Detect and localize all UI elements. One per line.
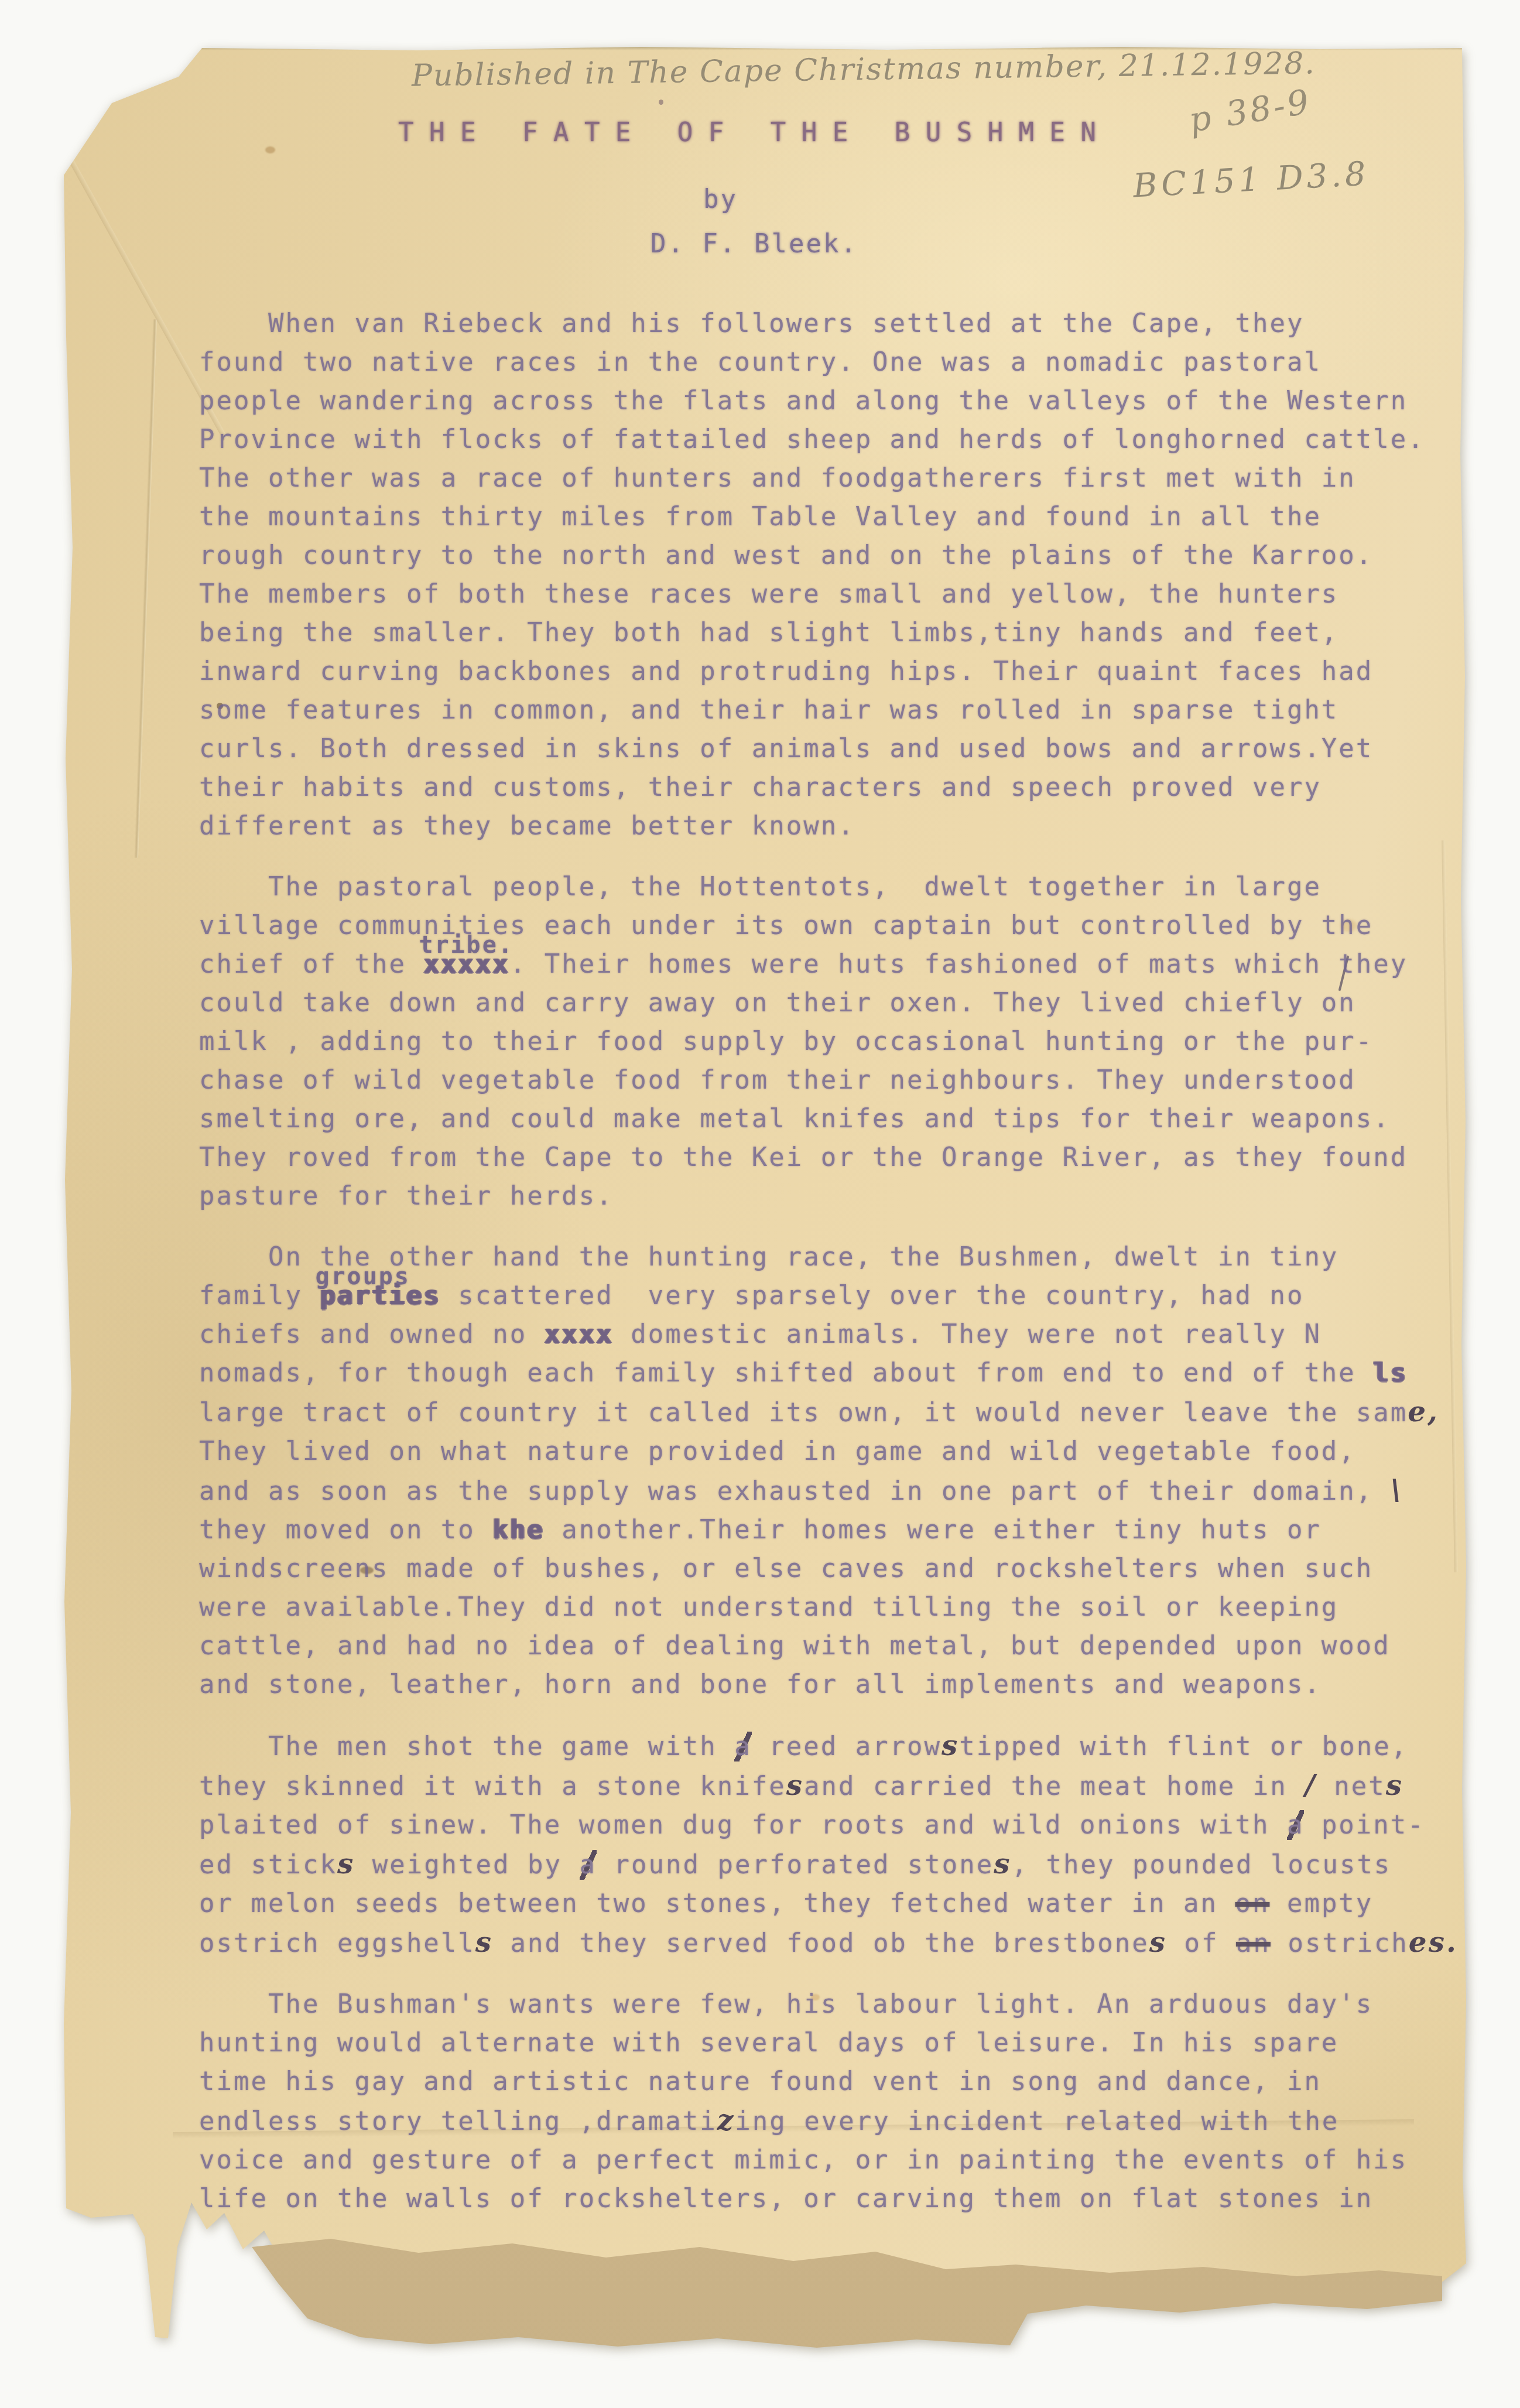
pencil-publication-note: Published in The Cape Christmas number, … (412, 46, 1316, 94)
correction-dense: xxxx (545, 1319, 614, 1349)
typed-text: their habits and customs, their characte… (199, 772, 1322, 802)
typed-text: scattered very sparsely over the country… (441, 1281, 1305, 1311)
paper-stain (265, 146, 275, 153)
typed-text: and stone, leather, horn and bone for al… (199, 1670, 1322, 1699)
typed-text: they moved on to (199, 1515, 492, 1545)
text-line: pasture for their herds. (199, 1177, 1458, 1216)
typed-text: rough country to the north and west and … (199, 541, 1373, 570)
correction-xslash: a (734, 1732, 752, 1761)
correction-xslash: a (1287, 1810, 1305, 1840)
text-line: chief of the xxxxxtribe.. Their homes we… (199, 945, 1458, 984)
text-line: different as they became better known. (199, 807, 1458, 846)
text-line: large tract of country it called its own… (199, 1393, 1458, 1432)
correction-ins: z (717, 2104, 735, 2137)
typed-text: family (199, 1281, 320, 1311)
text-line: They lived on what nature provided in ga… (199, 1432, 1458, 1471)
typed-text: life on the walls of rockshelters, or ca… (199, 2184, 1373, 2214)
typed-text: They lived on what nature provided in ga… (199, 1436, 1356, 1466)
typed-text: people wandering across the flats and al… (199, 386, 1408, 416)
text-line: The pastoral people, the Hottentots, dwe… (199, 868, 1458, 907)
text-line: time his gay and artistic nature found v… (199, 2062, 1458, 2101)
text-line: and stone, leather, horn and bone for al… (199, 1665, 1458, 1704)
typed-text: The other was a race of hunters and food… (199, 463, 1356, 493)
typed-text: were available.They did not understand t… (199, 1592, 1338, 1622)
typed-text: plaited of sinew. The women dug for root… (199, 1810, 1287, 1840)
typed-text: milk , adding to their food supply by oc… (199, 1027, 1373, 1056)
paragraph: On the other hand the hunting race, the … (199, 1238, 1458, 1704)
pencil-call-number: BC151 D3.8 (1132, 155, 1371, 205)
correction-dense: khe (492, 1515, 544, 1545)
document-page: Published in The Cape Christmas number, … (56, 44, 1467, 2383)
typed-text: Province with flocks of fattailed sheep … (199, 425, 1425, 454)
text-line: were available.They did not understand t… (199, 1588, 1458, 1627)
typed-text: some features in common, and their hair … (199, 695, 1338, 725)
correction-ins: / (1305, 1769, 1317, 1802)
typed-text: village communities each under its own c… (199, 911, 1373, 940)
typed-text: and carried the meat home in (804, 1771, 1305, 1801)
typed-text: found two native races in the country. O… (199, 347, 1322, 377)
typed-text: When van Riebeck and his followers settl… (199, 309, 1304, 338)
text-line: people wandering across the flats and al… (199, 382, 1458, 420)
text-line: When van Riebeck and his followers settl… (199, 305, 1458, 343)
text-line: plaited of sinew. The women dug for root… (199, 1806, 1458, 1845)
typed-text: weighted by (355, 1850, 579, 1880)
paragraph: When van Riebeck and his followers settl… (199, 305, 1458, 846)
text-line: village communities each under its own c… (199, 907, 1458, 945)
text-line: The members of both these races were sma… (199, 575, 1458, 614)
typed-text: nomads, for though each family shifted a… (199, 1358, 1373, 1388)
text-line: they moved on to khe another.Their homes… (199, 1511, 1458, 1550)
text-line: endless story telling ,dramatizing every… (199, 2101, 1458, 2141)
typed-text: inward curving backbones and protruding … (199, 656, 1373, 686)
text-line: or melon seeds between two stones, they … (199, 1884, 1458, 1923)
correction-xslash: a (580, 1850, 597, 1880)
text-line: rough country to the north and west and … (199, 536, 1458, 575)
scanned-document: Published in The Cape Christmas number, … (56, 44, 1467, 2383)
text-line: being the smaller. They both had slight … (199, 614, 1458, 652)
text-line: the mountains thirty miles from Table Va… (199, 498, 1458, 536)
typed-text: the mountains thirty miles from Table Va… (199, 502, 1322, 532)
typed-text: voice and gesture of a perfect mimic, or… (199, 2145, 1408, 2175)
correction-xdash: an (1236, 1928, 1271, 1958)
text-line: chiefs and owned no xxxx domestic animal… (199, 1315, 1458, 1354)
text-line: could take down and carry away on their … (199, 984, 1458, 1022)
text-line: inward curving backbones and protruding … (199, 652, 1458, 691)
typed-text: , they pounded locusts (1012, 1850, 1392, 1880)
typed-text: . Their homes were huts fashioned of mat… (510, 949, 1408, 979)
correction-ins: s (475, 1926, 493, 1959)
text-line: family partiesgroups scattered very spar… (199, 1277, 1458, 1315)
typed-text: and as soon as the supply was exhausted … (199, 1476, 1391, 1506)
correction-ins: s (337, 1848, 355, 1880)
text-line: The men shot the game with a reed arrows… (199, 1726, 1458, 1766)
text-line: hunting would alternate with several day… (199, 2024, 1458, 2062)
typed-text: different as they became better known. (199, 811, 855, 841)
typed-text: smelting ore, and could make metal knife… (199, 1104, 1391, 1134)
text-line: They roved from the Cape to the Kei or t… (199, 1138, 1458, 1177)
text-line: milk , adding to their food supply by oc… (199, 1022, 1458, 1061)
typescript-body: When van Riebeck and his followers settl… (199, 305, 1458, 2218)
typed-text: chase of wild vegetable food from their … (199, 1065, 1356, 1095)
correction-ins: es. (1409, 1926, 1458, 1959)
typed-correction-above: tribe. (419, 926, 514, 964)
typed-text: The pastoral people, the Hottentots, dwe… (199, 872, 1322, 902)
text-line: The Bushman's wants were few, his labour… (199, 1985, 1458, 2024)
typed-correction-above: groups (315, 1257, 410, 1296)
text-line: they skinned it with a stone knifesand c… (199, 1766, 1458, 1806)
text-line: windscreens made of bushes, or else cave… (199, 1550, 1458, 1588)
typed-text: ostrich (1271, 1928, 1409, 1958)
paragraph: The Bushman's wants were few, his labour… (199, 1985, 1458, 2218)
typed-text: time his gay and artistic nature found v… (199, 2067, 1322, 2096)
typed-text: endless story telling ,dramati (199, 2106, 717, 2136)
text-line: and as soon as the supply was exhausted … (199, 1471, 1458, 1511)
correction-ins: s (1149, 1926, 1167, 1959)
typed-text: ostrich eggshell (199, 1928, 475, 1958)
typed-text: large tract of country it called its own… (199, 1398, 1408, 1428)
paragraph: The men shot the game with a reed arrows… (199, 1726, 1458, 1963)
typed-text: domestic animals. They were not really N (614, 1319, 1322, 1349)
typed-text: point- (1304, 1810, 1425, 1840)
correction-dense: ls (1373, 1358, 1408, 1388)
text-line: ostrich eggshells and they served food o… (199, 1923, 1458, 1963)
correction-ins: s (942, 1729, 959, 1762)
typed-text: cattle, and had no idea of dealing with … (199, 1631, 1391, 1661)
correction-ins: s (786, 1769, 804, 1802)
text-line: found two native races in the country. O… (199, 343, 1458, 382)
correction-ins: s (994, 1848, 1011, 1880)
typed-text: another.Their homes were either tiny hut… (545, 1515, 1322, 1545)
typed-text: They roved from the Cape to the Kei or t… (199, 1143, 1408, 1172)
pencil-page-reference: p 38-9 (1186, 81, 1314, 140)
text-line: chase of wild vegetable food from their … (199, 1061, 1458, 1100)
text-line: nomads, for though each family shifted a… (199, 1354, 1458, 1393)
typed-text: pasture for their herds. (199, 1181, 614, 1211)
typed-text: tipped with flint or bone, (959, 1732, 1408, 1761)
text-line: some features in common, and their hair … (199, 691, 1458, 730)
typed-text: The members of both these races were sma… (199, 579, 1338, 609)
correction-dense: xxxxxtribe. (423, 949, 509, 979)
correction-xdash: on (1235, 1889, 1269, 1918)
typed-text: net (1317, 1771, 1386, 1801)
typed-text: windscreens made of bushes, or else cave… (199, 1554, 1373, 1583)
correction-ins: e, (1408, 1395, 1439, 1428)
correction-ins: s (1386, 1769, 1403, 1802)
text-line: curls. Both dressed in skins of animals … (199, 730, 1458, 768)
text-line: cattle, and had no idea of dealing with … (199, 1627, 1458, 1665)
text-line: their habits and customs, their characte… (199, 768, 1458, 807)
text-line: ed sticks weighted by a round perforated… (199, 1845, 1458, 1884)
typed-text: or melon seeds between two stones, they … (199, 1889, 1235, 1918)
typed-text: ing every incident related with the (735, 2106, 1339, 2136)
typed-text: and they served food ob the brestbone (493, 1928, 1149, 1958)
typed-text: The men shot the game with (199, 1732, 734, 1761)
typed-text: ed stick (199, 1850, 337, 1880)
paragraph: The pastoral people, the Hottentots, dwe… (199, 868, 1458, 1216)
typed-text: curls. Both dressed in skins of animals … (199, 734, 1373, 764)
text-line: smelting ore, and could make metal knife… (199, 1100, 1458, 1138)
typed-text: being the smaller. They both had slight … (199, 618, 1338, 648)
text-line: life on the walls of rockshelters, or ca… (199, 2180, 1458, 2218)
typed-text: round perforated stone (597, 1850, 994, 1880)
paper-stain (659, 100, 663, 105)
correction-ins: \ (1391, 1474, 1403, 1507)
typed-text: they skinned it with a stone knife (199, 1771, 786, 1801)
byline-label: by (703, 184, 738, 214)
document-title: T H E F A T E O F T H E B U S H M E N (398, 118, 1096, 148)
typed-text: chief of the (199, 949, 423, 979)
typed-text: of (1167, 1928, 1236, 1958)
paper-crease (134, 319, 157, 858)
typed-text: empty (1269, 1889, 1373, 1918)
typed-text: chiefs and owned no (199, 1319, 545, 1349)
text-line: voice and gesture of a perfect mimic, or… (199, 2141, 1458, 2180)
correction-dense: partiesgroups (320, 1281, 440, 1311)
text-line: Province with flocks of fattailed sheep … (199, 420, 1458, 459)
typed-text: The Bushman's wants were few, his labour… (199, 1989, 1373, 2019)
text-line: The other was a race of hunters and food… (199, 459, 1458, 498)
typed-text: hunting would alternate with several day… (199, 2028, 1338, 2058)
author-name: D. F. Bleek. (651, 229, 858, 259)
typed-text: could take down and carry away on their … (199, 988, 1356, 1018)
typed-text: reed arrow (752, 1732, 942, 1761)
